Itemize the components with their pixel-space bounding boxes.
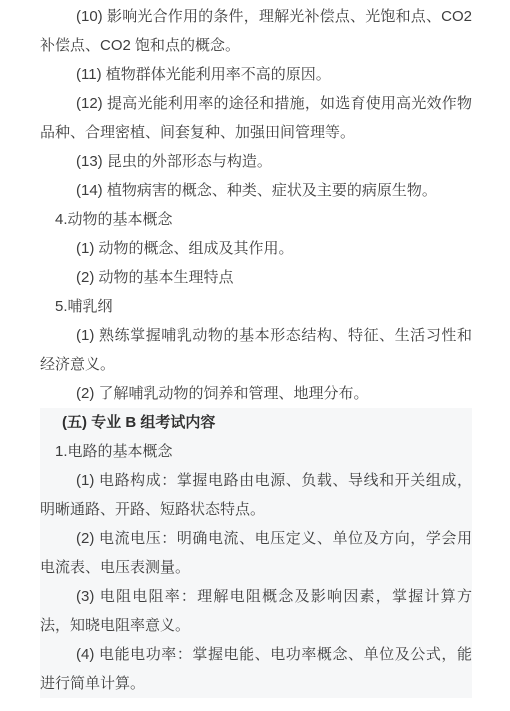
paragraph: (1) 动物的概念、组成及其作用。 <box>40 234 472 263</box>
paragraph: (1) 熟练掌握哺乳动物的基本形态结构、特征、生活习性和经济意义。 <box>40 321 472 379</box>
doc-section-a: (10) 影响光合作用的条件，理解光补偿点、光饱和点、CO2 补偿点、CO2 饱… <box>40 2 472 408</box>
paragraph: (12) 提高光能利用率的途径和措施，如选育使用高光效作物品种、合理密植、间套复… <box>40 89 472 147</box>
paragraph: (4) 电能电功率：掌握电能、电功率概念、单位及公式，能进行简单计算。 <box>40 640 472 698</box>
paragraph: (2) 电流电压：明确电流、电压定义、单位及方向，学会用电流表、电压表测量。 <box>40 524 472 582</box>
paragraph: (2) 动物的基本生理特点 <box>40 263 472 292</box>
paragraph: (13) 昆虫的外部形态与构造。 <box>40 147 472 176</box>
paragraph: (14) 植物病害的概念、种类、症状及主要的病原生物。 <box>40 176 472 205</box>
paragraph: (1) 电路构成：掌握电路由电源、负载、导线和开关组成，明晰通路、开路、短路状态… <box>40 466 472 524</box>
paragraph: 5.哺乳纲 <box>40 292 472 321</box>
paragraph: 1.电路的基本概念 <box>40 437 472 466</box>
document-page: (10) 影响光合作用的条件，理解光补偿点、光饱和点、CO2 补偿点、CO2 饱… <box>0 0 510 711</box>
paragraph: (五) 专业 B 组考试内容 <box>40 408 472 437</box>
document-body: (10) 影响光合作用的条件，理解光补偿点、光饱和点、CO2 补偿点、CO2 饱… <box>40 2 472 698</box>
section-b-highlight: (五) 专业 B 组考试内容1.电路的基本概念(1) 电路构成：掌握电路由电源、… <box>40 408 472 698</box>
paragraph: (2) 了解哺乳动物的饲养和管理、地理分布。 <box>40 379 472 408</box>
paragraph: (3) 电阻电阻率：理解电阻概念及影响因素，掌握计算方法，知晓电阻率意义。 <box>40 582 472 640</box>
paragraph: (11) 植物群体光能利用率不高的原因。 <box>40 60 472 89</box>
paragraph: (10) 影响光合作用的条件，理解光补偿点、光饱和点、CO2 补偿点、CO2 饱… <box>40 2 472 60</box>
paragraph: 4.动物的基本概念 <box>40 205 472 234</box>
